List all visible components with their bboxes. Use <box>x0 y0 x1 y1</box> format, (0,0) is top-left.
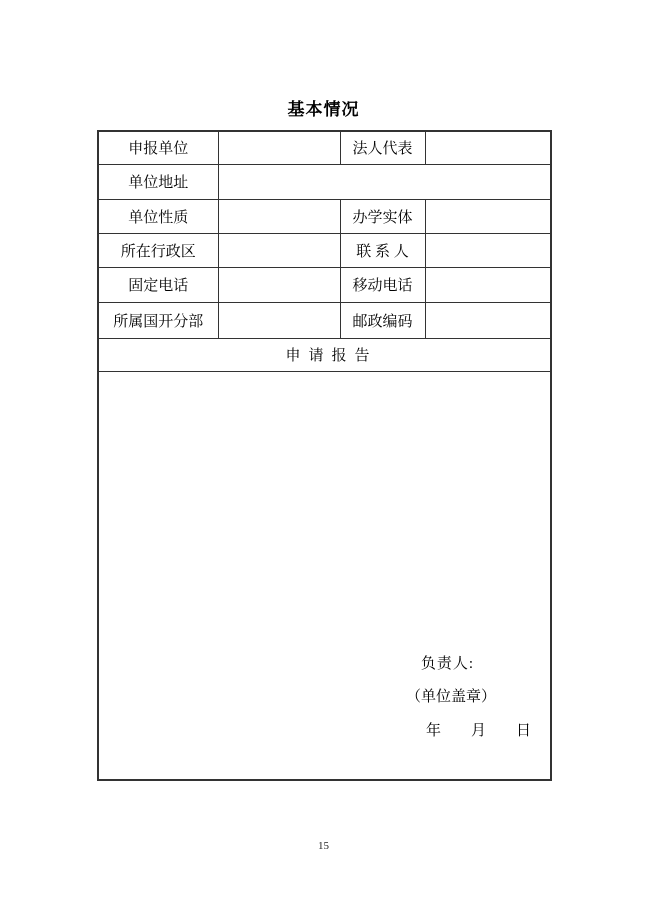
unit-seal-label: （单位盖章） <box>406 688 496 706</box>
table-row: 固定电话 移动电话 <box>98 267 551 302</box>
contact-person-label: 联 系 人 <box>340 233 425 267</box>
ouc-branch-field[interactable] <box>218 302 340 338</box>
school-entity-field[interactable] <box>425 199 551 233</box>
application-report-header: 申请报告 <box>98 338 551 371</box>
ouc-branch-label: 所属国开分部 <box>98 302 218 338</box>
unit-nature-label: 单位性质 <box>98 199 218 233</box>
legal-representative-field[interactable] <box>425 131 551 164</box>
landline-phone-label: 固定电话 <box>98 267 218 302</box>
landline-phone-field[interactable] <box>218 267 340 302</box>
postal-code-label: 邮政编码 <box>340 302 425 338</box>
declaring-unit-field[interactable] <box>218 131 340 164</box>
mobile-phone-label: 移动电话 <box>340 267 425 302</box>
unit-address-label: 单位地址 <box>98 164 218 199</box>
page-number: 15 <box>97 840 550 852</box>
section-title: 基本情况 <box>97 99 550 121</box>
administrative-district-label: 所在行政区 <box>98 233 218 267</box>
table-row: 所在行政区 联 系 人 <box>98 233 551 267</box>
table-row: 单位地址 <box>98 164 551 199</box>
mobile-phone-field[interactable] <box>425 267 551 302</box>
basic-info-table: 申报单位 法人代表 单位地址 单位性质 办学实体 所在行政区 联 系 人 <box>97 130 552 781</box>
legal-representative-label: 法人代表 <box>340 131 425 164</box>
table-row: 所属国开分部 邮政编码 <box>98 302 551 338</box>
unit-address-field[interactable] <box>218 164 551 199</box>
administrative-district-field[interactable] <box>218 233 340 267</box>
postal-code-field[interactable] <box>425 302 551 338</box>
table-row: 单位性质 办学实体 <box>98 199 551 233</box>
application-report-cell: 负责人: （单位盖章） 年 月 日 <box>98 371 551 780</box>
table-row: 负责人: （单位盖章） 年 月 日 <box>98 371 551 780</box>
date-label: 年 月 日 <box>426 722 531 740</box>
responsible-person-label: 负责人: <box>421 655 474 673</box>
unit-nature-field[interactable] <box>218 199 340 233</box>
application-report-field[interactable]: 负责人: （单位盖章） 年 月 日 <box>99 372 550 779</box>
table-row: 申请报告 <box>98 338 551 371</box>
school-entity-label: 办学实体 <box>340 199 425 233</box>
table-row: 申报单位 法人代表 <box>98 131 551 164</box>
contact-person-field[interactable] <box>425 233 551 267</box>
document-page: 基本情况 申报单位 法人代表 单位地址 单位性质 办学实体 <box>0 0 650 918</box>
declaring-unit-label: 申报单位 <box>98 131 218 164</box>
